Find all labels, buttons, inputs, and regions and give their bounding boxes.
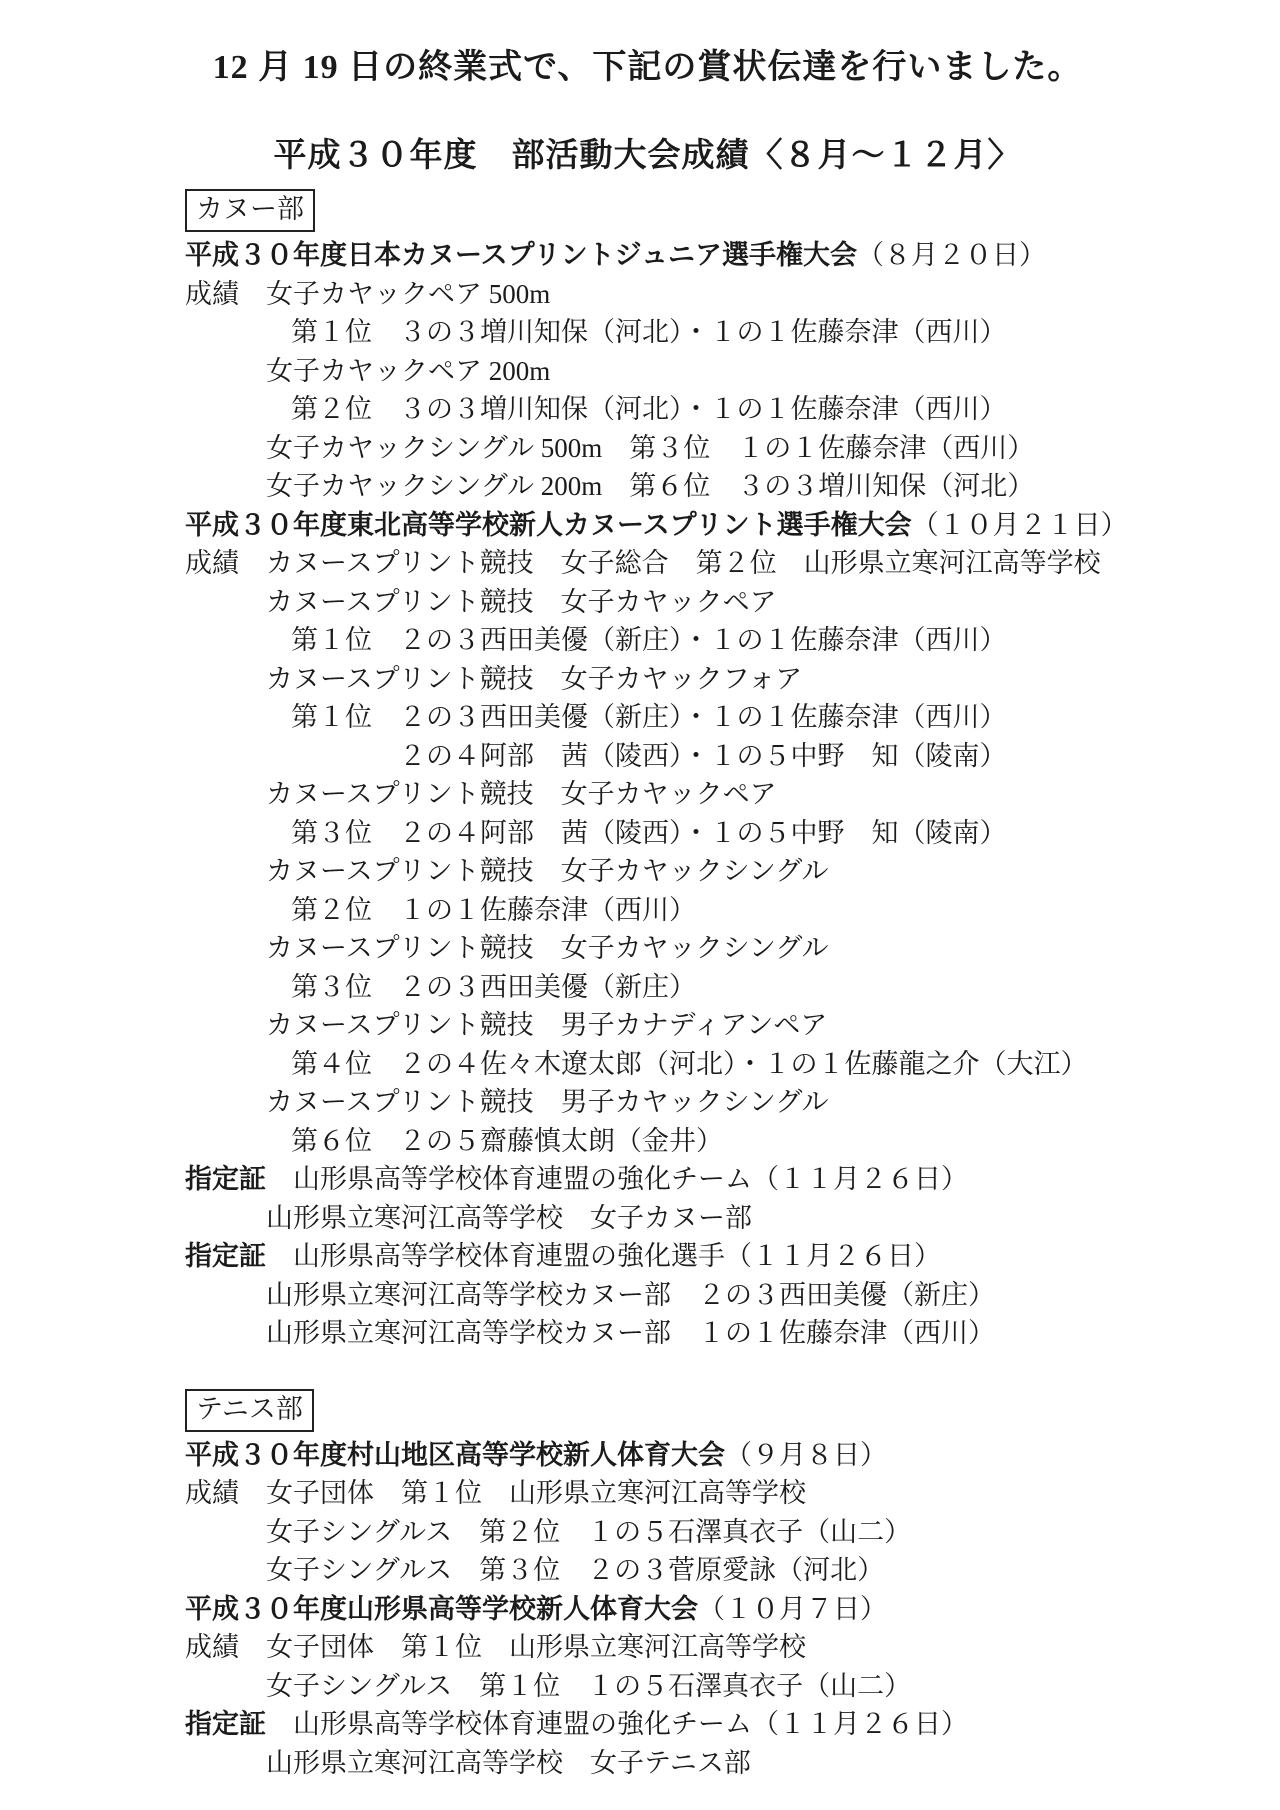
text-line: カヌースプリント競技 女子カヤックペア [266, 583, 1110, 622]
line-text: 成績 女子カヤックペア 500m [185, 279, 550, 309]
text-line: 女子カヤックペア 200m [266, 352, 1110, 391]
line-text: （８月２０日） [857, 240, 1046, 270]
text-line: 第２位 １の１佐藤奈津（西川） [291, 891, 1110, 930]
line-text: 第３位 ２の３西田美優（新庄） [291, 972, 696, 1002]
text-line: 山形県立寒河江高等学校カヌー部 １の１佐藤奈津（西川） [266, 1314, 1110, 1353]
text-line: 成績 女子団体 第１位 山形県立寒河江高等学校 [185, 1474, 1110, 1513]
line-text: 成績 女子団体 第１位 山形県立寒河江高等学校 [185, 1632, 806, 1662]
line-text: 山形県立寒河江高等学校カヌー部 １の１佐藤奈津（西川） [266, 1318, 995, 1348]
line-text: 成績 女子団体 第１位 山形県立寒河江高等学校 [185, 1478, 806, 1508]
text-line: 女子シングルス 第２位 １の５石澤真衣子（山二） [266, 1513, 1110, 1552]
bold-text: 指定証 [185, 1709, 266, 1739]
line-text: 第３位 ２の４阿部 茜（陵西）・１の５中野 知（陵南） [291, 818, 1007, 848]
club-label-box-canoe: カヌー部 [185, 189, 315, 232]
text-line: 第４位 ２の４佐々木遼太郎（河北）・１の１佐藤龍之介（大江） [291, 1045, 1110, 1084]
text-line: 第３位 ２の３西田美優（新庄） [291, 968, 1110, 1007]
text-line: カヌースプリント競技 女子カヤックフォア [266, 660, 1110, 699]
announcement-title: 12 月 19 日の終業式で、下記の賞状伝達を行いました。 [185, 45, 1110, 91]
text-line: 平成３０年度山形県高等学校新人体育大会（１０月７日） [185, 1590, 1110, 1629]
line-text: 女子シングルス 第２位 １の５石澤真衣子（山二） [266, 1517, 911, 1547]
text-line: カヌースプリント競技 女子カヤックシングル [266, 852, 1110, 891]
bold-text: 平成３０年度日本カヌースプリントジュニア選手権大会 [185, 240, 857, 270]
text-line: 指定証 山形県高等学校体育連盟の強化チーム（１１月２６日） [185, 1160, 1110, 1199]
text-line: 女子シングルス 第１位 １の５石澤真衣子（山二） [266, 1667, 1110, 1706]
line-text: ２の４阿部 茜（陵西）・１の５中野 知（陵南） [399, 741, 1007, 771]
text-line: カヌースプリント競技 男子カヤックシングル [266, 1083, 1110, 1122]
line-text: 山形県立寒河江高等学校 女子カヌー部 [266, 1203, 752, 1233]
club-label-box-tennis: テニス部 [185, 1389, 314, 1432]
club-label-text: テニス部 [196, 1394, 303, 1424]
bold-text: 平成３０年度山形県高等学校新人体育大会 [185, 1594, 698, 1624]
text-line: 第１位 ３の３増川知保（河北）・１の１佐藤奈津（西川） [291, 313, 1110, 352]
line-text: カヌースプリント競技 女子カヤックシングル [266, 856, 829, 886]
line-text: 第２位 １の１佐藤奈津（西川） [291, 895, 696, 925]
text-line: 女子カヤックシングル 500m 第３位 １の１佐藤奈津（西川） [266, 429, 1110, 468]
line-text: カヌースプリント競技 男子カヤックシングル [266, 1087, 829, 1117]
bold-text: 平成３０年度東北高等学校新人カヌースプリント選手権大会 [185, 510, 912, 540]
text-line: 第３位 ２の４阿部 茜（陵西）・１の５中野 知（陵南） [291, 814, 1110, 853]
line-text: （１０月７日） [698, 1594, 887, 1624]
line-text: 第４位 ２の４佐々木遼太郎（河北）・１の１佐藤龍之介（大江） [291, 1049, 1088, 1079]
line-text: 女子カヤックシングル 200m 第６位 ３の３増川知保（河北） [266, 471, 1034, 501]
section-canoe-club: カヌー部 平成３０年度日本カヌースプリントジュニア選手権大会（８月２０日）成績 … [185, 189, 1110, 1353]
line-text: 山形県高等学校体育連盟の強化チーム（１１月２６日） [266, 1709, 968, 1739]
text-line: 成績 カヌースプリント競技 女子総合 第２位 山形県立寒河江高等学校 [185, 544, 1110, 583]
text-line: 第６位 ２の５齋藤慎太朗（金井） [291, 1122, 1110, 1161]
bold-text: 平成３０年度村山地区高等学校新人体育大会 [185, 1440, 725, 1470]
text-line: カヌースプリント競技 女子カヤックペア [266, 775, 1110, 814]
line-text: カヌースプリント競技 女子カヤックフォア [266, 664, 802, 694]
line-text: 女子カヤックペア 200m [266, 356, 550, 386]
text-line: 女子シングルス 第３位 ２の３菅原愛詠（河北） [266, 1551, 1110, 1590]
line-text: 山形県高等学校体育連盟の強化チーム（１１月２６日） [266, 1164, 968, 1194]
text-line: 女子カヤックシングル 200m 第６位 ３の３増川知保（河北） [266, 467, 1110, 506]
line-text: 第１位 ２の３西田美優（新庄）・１の１佐藤奈津（西川） [291, 625, 1007, 655]
text-line: 成績 女子カヤックペア 500m [185, 275, 1110, 314]
line-text: 成績 カヌースプリント競技 女子総合 第２位 山形県立寒河江高等学校 [185, 548, 1101, 578]
text-line: 指定証 山形県高等学校体育連盟の強化選手（１１月２６日） [185, 1237, 1110, 1276]
line-text: 女子カヤックシングル 500m 第３位 １の１佐藤奈津（西川） [266, 433, 1034, 463]
line-text: 第２位 ３の３増川知保（河北）・１の１佐藤奈津（西川） [291, 394, 1007, 424]
text-line: ２の４阿部 茜（陵西）・１の５中野 知（陵南） [399, 737, 1110, 776]
text-line: 平成３０年度日本カヌースプリントジュニア選手権大会（８月２０日） [185, 236, 1110, 275]
text-line: カヌースプリント競技 女子カヤックシングル [266, 929, 1110, 968]
line-text: 第１位 ３の３増川知保（河北）・１の１佐藤奈津（西川） [291, 317, 1007, 347]
line-text: カヌースプリント競技 女子カヤックペア [266, 779, 777, 809]
line-text: （１０月２１日） [912, 510, 1128, 540]
section-tennis-club: テニス部 平成３０年度村山地区高等学校新人体育大会（９月８日）成績 女子団体 第… [185, 1389, 1110, 1783]
text-line: 平成３０年度村山地区高等学校新人体育大会（９月８日） [185, 1436, 1110, 1475]
line-text: カヌースプリント競技 女子カヤックペア [266, 587, 777, 617]
bold-text: 指定証 [185, 1164, 266, 1194]
results-subtitle: 平成３０年度 部活動大会成績〈８月～１２月〉 [185, 133, 1110, 179]
line-text: 山形県立寒河江高等学校 女子テニス部 [266, 1748, 751, 1778]
document-page: 12 月 19 日の終業式で、下記の賞状伝達を行いました。 平成３０年度 部活動… [0, 0, 1280, 1810]
text-line: 山形県立寒河江高等学校 女子カヌー部 [266, 1199, 1110, 1238]
club-label-text: カヌー部 [196, 194, 304, 224]
line-text: カヌースプリント競技 男子カナディアンペア [266, 1010, 827, 1040]
line-text: 女子シングルス 第３位 ２の３菅原愛詠（河北） [266, 1555, 884, 1585]
text-line: 第１位 ２の３西田美優（新庄）・１の１佐藤奈津（西川） [291, 621, 1110, 660]
tennis-club-lines: 平成３０年度村山地区高等学校新人体育大会（９月８日）成績 女子団体 第１位 山形… [185, 1436, 1110, 1783]
bold-text: 指定証 [185, 1241, 266, 1271]
line-text: 山形県立寒河江高等学校カヌー部 ２の３西田美優（新庄） [266, 1280, 995, 1310]
text-line: カヌースプリント競技 男子カナディアンペア [266, 1006, 1110, 1045]
line-text: 山形県高等学校体育連盟の強化選手（１１月２６日） [266, 1241, 941, 1271]
text-line: 山形県立寒河江高等学校 女子テニス部 [266, 1744, 1110, 1783]
text-line: 成績 女子団体 第１位 山形県立寒河江高等学校 [185, 1628, 1110, 1667]
line-text: 第６位 ２の５齋藤慎太朗（金井） [291, 1126, 723, 1156]
line-text: 女子シングルス 第１位 １の５石澤真衣子（山二） [266, 1671, 911, 1701]
line-text: カヌースプリント競技 女子カヤックシングル [266, 933, 829, 963]
text-line: 山形県立寒河江高等学校カヌー部 ２の３西田美優（新庄） [266, 1276, 1110, 1315]
canoe-club-lines: 平成３０年度日本カヌースプリントジュニア選手権大会（８月２０日）成績 女子カヤッ… [185, 236, 1110, 1353]
text-line: 第２位 ３の３増川知保（河北）・１の１佐藤奈津（西川） [291, 390, 1110, 429]
line-text: 第１位 ２の３西田美優（新庄）・１の１佐藤奈津（西川） [291, 702, 1007, 732]
text-line: 第１位 ２の３西田美優（新庄）・１の１佐藤奈津（西川） [291, 698, 1110, 737]
text-line: 平成３０年度東北高等学校新人カヌースプリント選手権大会（１０月２１日） [185, 506, 1110, 545]
line-text: （９月８日） [725, 1440, 887, 1470]
text-line: 指定証 山形県高等学校体育連盟の強化チーム（１１月２６日） [185, 1705, 1110, 1744]
